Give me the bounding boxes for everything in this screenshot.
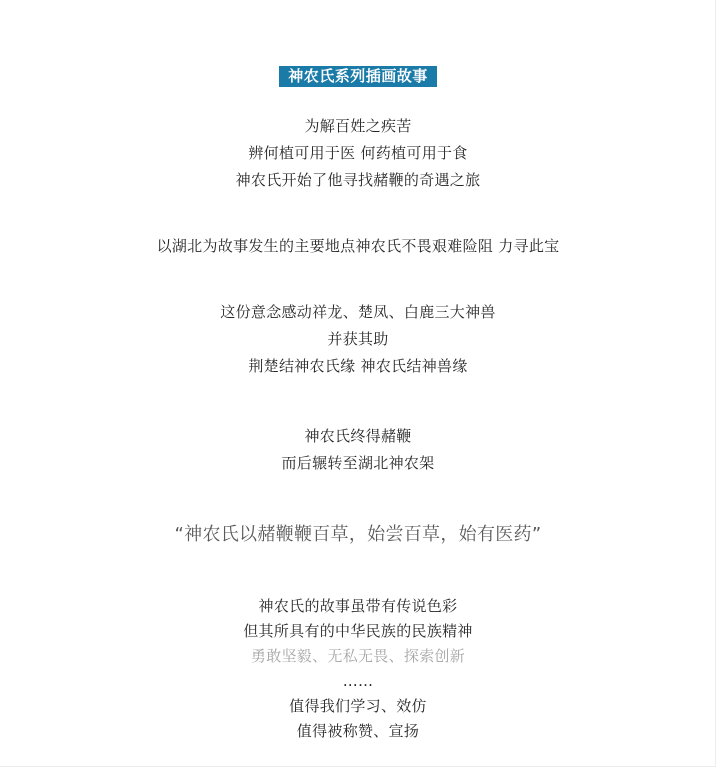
paragraph-beasts: 这份意念感动祥龙、楚凤、白鹿三大神兽 并获其助 荆楚结神农氏缘 神农氏结神兽缘 — [0, 299, 716, 380]
text-line: 辨何植可用于医 何药植可用于食 — [0, 140, 716, 167]
paragraph-setting: 以湖北为故事发生的主要地点神农氏不畏艰难险阻 力寻此宝 — [0, 233, 716, 260]
text-line: 荆楚结神农氏缘 神农氏结神兽缘 — [0, 353, 716, 380]
text-line: 值得被称赞、宣扬 — [0, 719, 716, 744]
text-line: 神农氏的故事虽带有传说色彩 — [0, 594, 716, 619]
text-line: 神农氏终得赭鞭 — [0, 423, 716, 450]
text-line: 并获其助 — [0, 326, 716, 353]
quote-line: “神农氏以赭鞭鞭百草，始尝百草，始有医药” — [0, 522, 716, 548]
text-line: 但其所具有的中华民族的民族精神 — [0, 619, 716, 644]
text-line: 以湖北为故事发生的主要地点神农氏不畏艰难险阻 力寻此宝 — [0, 233, 716, 260]
quote-row: “神农氏以赭鞭鞭百草，始尝百草，始有医药” — [0, 522, 716, 548]
text-line: 值得我们学习、效仿 — [0, 694, 716, 719]
paragraph-spirit: 神农氏的故事虽带有传说色彩 但其所具有的中华民族的民族精神 勇敢坚毅、无私无畏、… — [0, 594, 716, 744]
title-badge-row: 神农氏系列插画故事 — [0, 66, 716, 87]
title-badge: 神农氏系列插画故事 — [279, 66, 437, 87]
ellipsis-line: …… — [0, 669, 716, 694]
paragraph-origin: 为解百姓之疾苦 辨何植可用于医 何药植可用于食 神农氏开始了他寻找赭鞭的奇遇之旅 — [0, 113, 716, 194]
text-line: 这份意念感动祥龙、楚凤、白鹿三大神兽 — [0, 299, 716, 326]
story-page: 神农氏系列插画故事 为解百姓之疾苦 辨何植可用于医 何药植可用于食 神农氏开始了… — [0, 0, 716, 767]
story-page-canvas: 神农氏系列插画故事 为解百姓之疾苦 辨何植可用于医 何药植可用于食 神农氏开始了… — [0, 0, 720, 776]
text-line: 神农氏开始了他寻找赭鞭的奇遇之旅 — [0, 167, 716, 194]
text-line: 为解百姓之疾苦 — [0, 113, 716, 140]
text-line: 而后辗转至湖北神农架 — [0, 450, 716, 477]
text-line-muted: 勇敢坚毅、无私无畏、探索创新 — [0, 644, 716, 669]
paragraph-whip: 神农氏终得赭鞭 而后辗转至湖北神农架 — [0, 423, 716, 477]
